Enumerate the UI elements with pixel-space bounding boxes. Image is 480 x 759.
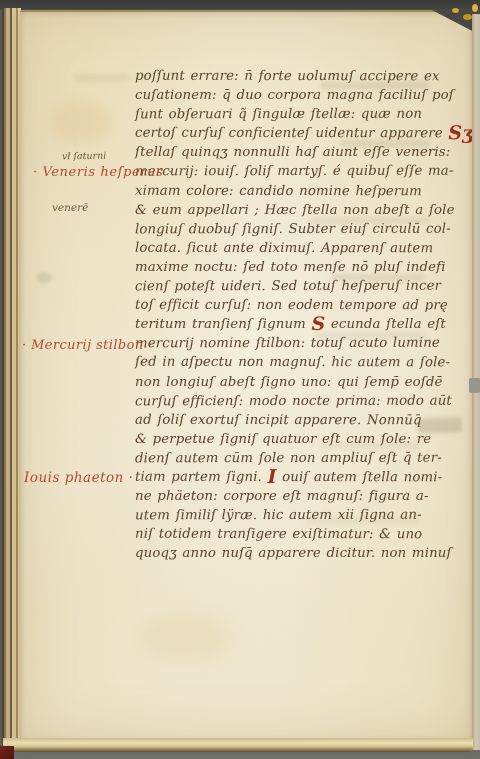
line-text: ſed in aſpectu non magnuſ. hic autem a ſ… — [135, 355, 450, 371]
gilt-fleck — [463, 14, 472, 20]
showthrough-mark — [75, 74, 130, 82]
line-text: curſuſ efficienſ: modo nocte prima: modo… — [135, 393, 452, 409]
line-text: mercurij: iouiſ. ſoliſ martyſ. é quibuſ … — [135, 164, 454, 180]
line-text: toſ efficit curſuſ: non eodem tempore ad… — [135, 298, 448, 314]
margin-rubric-mercurii-stilbon: · Mercurij stilbon · — [22, 338, 153, 353]
line-text: dienſ autem cūm ſole non ampliuſ eſt q̄ … — [135, 451, 442, 467]
line-text: & eum appellari ; Hæc ſtella non abeſt a… — [135, 203, 455, 218]
line-text: locata. ſicut ante diximuſ. Apparenſ aut… — [135, 241, 433, 257]
stain — [140, 612, 230, 662]
book-cover-corner — [0, 746, 14, 759]
line-text: maxime noctu: ſed toto menſe nō pluſ ind… — [135, 260, 446, 275]
margin-gloss-venere: venerē — [52, 202, 88, 214]
line-text: ſtellaſ quinqʒ nonnulli haſ aiunt eſſe v… — [135, 145, 450, 160]
line-text: tiam partem ſigni. — [135, 470, 268, 485]
stain — [36, 272, 52, 284]
manuscript-line: teritum tranſienſ ſignum S ecunda ſtella… — [135, 317, 455, 336]
manuscript-line: poſſunt errare: n̄ forte uolumuſ acciper… — [135, 69, 455, 89]
manuscript-line: ſtellaſ quinqʒ nonnulli haſ aiunt eſſe v… — [135, 145, 455, 164]
line-text: niſ totidem tranſigere exiſtimatur: & un… — [135, 527, 422, 543]
margin-rubric-iovis-phaeton: Iouis phaeton · — [24, 470, 133, 486]
line-text: certoſ curſuſ conficienteſ uidentur appa… — [135, 126, 448, 142]
line-text: ximam colore: candido nomine heſperum — [135, 183, 422, 199]
manuscript-line: ximam colore: candido nomine heſperum — [135, 183, 455, 203]
line-text: cuſationem: q̄ duo corpora magna faciliu… — [135, 88, 454, 103]
manuscript-line: dienſ autem cūm ſole non ampliuſ eſt q̄ … — [135, 451, 455, 471]
manuscript-line: certoſ curſuſ conficienteſ uidentur appa… — [135, 126, 455, 146]
manuscript-line: & perpetue ſigniſ quatuor eſt cum ſole: … — [135, 432, 455, 451]
manuscript-line: mercurij: iouiſ. ſoliſ martyſ. é quibuſ … — [135, 164, 455, 184]
gilt-fleck — [472, 4, 478, 12]
margin-gloss-saturni: vł ſaturni — [62, 151, 106, 163]
manuscript-line: & eum appellari ; Hæc ſtella non abeſt a… — [135, 203, 455, 222]
line-text: ecunda ſtella eſt — [325, 317, 446, 332]
manuscript-page: poſſunt errare: n̄ forte uolumuſ acciper… — [20, 10, 472, 742]
manuscript-line: longiuſ duobuſ ſigniſ. Subter eiuſ circu… — [135, 221, 455, 241]
line-text: non longiuſ abeſt ſigno uno: qui ſemp̄ e… — [135, 375, 443, 390]
manuscript-line: non longiuſ abeſt ſigno uno: qui ſemp̄ e… — [135, 375, 455, 394]
manuscript-line: maxime noctu: ſed toto menſe nō pluſ ind… — [135, 260, 455, 279]
line-text: utem ſimiliſ lÿræ. hic autem xii ſigna a… — [135, 508, 422, 524]
line-text: ad ſoliſ exortuſ incipit apparere. Nonnū… — [135, 412, 422, 428]
line-text: longiuſ duobuſ ſigniſ. Subter eiuſ circu… — [135, 221, 451, 237]
fore-edge-mark — [469, 378, 480, 393]
manuscript-line: quoqʒ anno nuſq̄ apparere dicitur. non m… — [135, 546, 455, 565]
manuscript-line: ſed in aſpectu non magnuſ. hic autem a ſ… — [135, 355, 455, 375]
line-text: mercurij nomine ſtilbon: totuſ acuto lum… — [135, 336, 440, 352]
manuscript-line: toſ efficit curſuſ: non eodem tempore ad… — [135, 298, 455, 318]
manuscript-line: niſ totidem tranſigere exiſtimatur: & un… — [135, 527, 455, 547]
line-text: ſunt obſeruari q̃ ſingulæ ſtellæ: quæ no… — [135, 107, 422, 123]
line-text: cienſ poteſt uideri. Sed totuſ heſperuſ … — [135, 279, 441, 295]
manuscript-line: mercurij nomine ſtilbon: totuſ acuto lum… — [135, 336, 455, 356]
text-block: poſſunt errare: n̄ forte uolumuſ acciper… — [135, 69, 455, 565]
manuscript-line: ad ſoliſ exortuſ incipit apparere. Nonnū… — [135, 412, 455, 432]
line-text: ne phäeton: corpore eſt magnuſ: figura a… — [135, 489, 429, 504]
fore-edge-bottom — [3, 738, 473, 752]
book-gutter-edge — [2, 8, 21, 748]
manuscript-line: utem ſimiliſ lÿræ. hic autem xii ſigna a… — [135, 508, 455, 528]
line-text: quoqʒ anno nuſq̄ apparere dicitur. non m… — [135, 546, 452, 561]
rubricated-initial: I — [268, 466, 277, 488]
margin-rubric-veneris-hesperus: · Veneris heſperus · — [33, 165, 173, 180]
manuscript-line: locata. ſicut ante diximuſ. Apparenſ aut… — [135, 241, 455, 261]
manuscript-line: tiam partem ſigni. I ouiſ autem ſtella n… — [135, 470, 455, 490]
rubricated-initial: Sʒ — [448, 123, 473, 145]
line-text: teritum tranſienſ ſignum — [135, 317, 312, 332]
photograph-backdrop: poſſunt errare: n̄ forte uolumuſ acciper… — [0, 0, 480, 759]
line-text: ouiſ autem ſtella nomi- — [276, 470, 442, 485]
stain — [50, 102, 110, 142]
manuscript-line: curſuſ efficienſ: modo nocte prima: modo… — [135, 393, 455, 413]
gilt-fleck — [452, 8, 459, 13]
manuscript-line: ne phäeton: corpore eſt magnuſ: figura a… — [135, 489, 455, 508]
manuscript-line: cienſ poteſt uideri. Sed totuſ heſperuſ … — [135, 279, 455, 299]
manuscript-line: cuſationem: q̄ duo corpora magna faciliu… — [135, 88, 455, 107]
line-text: poſſunt errare: n̄ forte uolumuſ acciper… — [135, 69, 440, 85]
manuscript-line: ſunt obſeruari q̃ ſingulæ ſtellæ: quæ no… — [135, 107, 455, 127]
line-text: & perpetue ſigniſ quatuor eſt cum ſole: … — [135, 432, 431, 447]
